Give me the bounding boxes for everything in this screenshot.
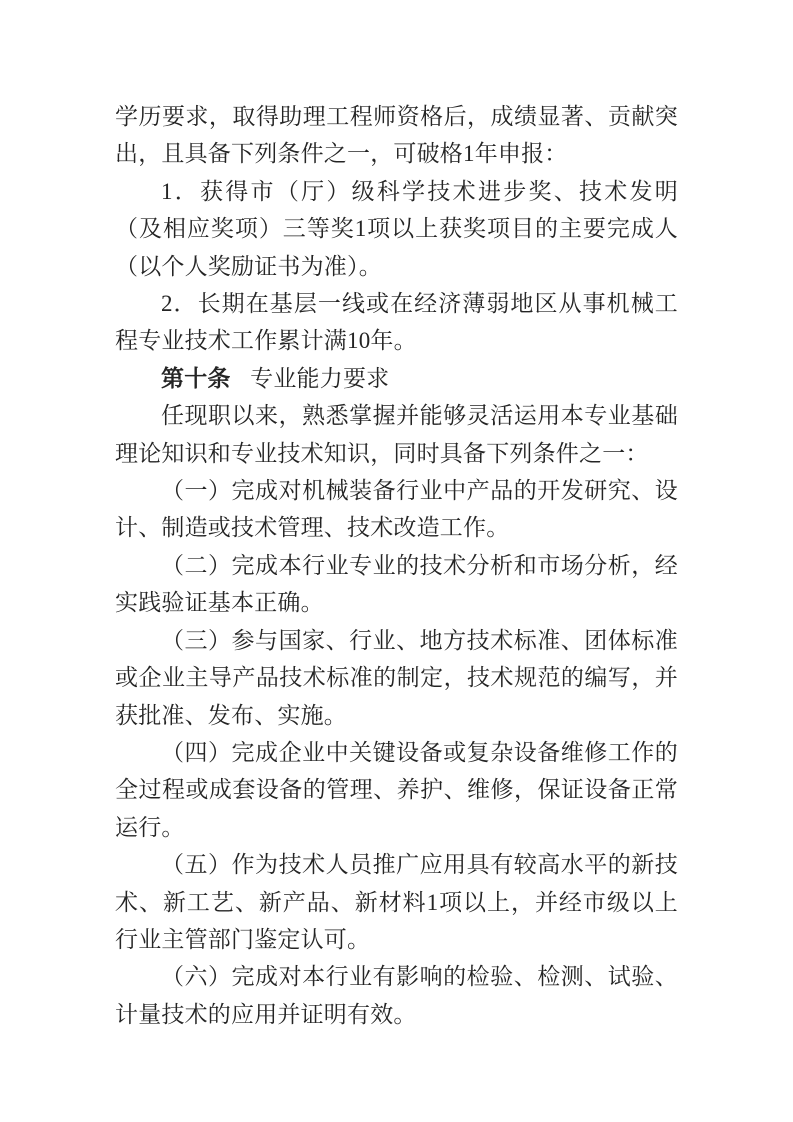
text-paragraph-condition-5: （五）作为技术人员推广应用具有较高水平的新技术、新工艺、新产品、新材料1项以上，…: [115, 846, 678, 958]
text-paragraph-item-1: 1．获得市（厅）级科学技术进步奖、技术发明（及相应奖项）三等奖1项以上获奖项目的…: [115, 173, 678, 285]
text-paragraph-condition-6: （六）完成对本行业有影响的检验、检测、试验、计量技术的应用并证明有效。: [115, 958, 678, 1033]
text-paragraph-condition-1: （一）完成对机械装备行业中产品的开发研究、设计、制造或技术管理、技术改造工作。: [115, 472, 678, 547]
text-paragraph-condition-2: （二）完成本行业专业的技术分析和市场分析，经实践验证基本正确。: [115, 547, 678, 622]
text-paragraph-condition-4: （四）完成企业中关键设备或复杂设备维修工作的全过程或成套设备的管理、养护、维修，…: [115, 734, 678, 846]
text-paragraph-item-2: 2．长期在基层一线或在经济薄弱地区从事机械工程专业技术工作累计满10年。: [115, 285, 678, 360]
document-text-block: 学历要求，取得助理工程师资格后，成绩显著、贡献突出，且具备下列条件之一，可破格1…: [115, 98, 678, 1033]
text-paragraph-intro: 任现职以来，熟悉掌握并能够灵活运用本专业基础理论知识和专业技术知识，同时具备下列…: [115, 397, 678, 472]
text-paragraph-continuation: 学历要求，取得助理工程师资格后，成绩显著、贡献突出，且具备下列条件之一，可破格1…: [115, 98, 678, 173]
article-title: 专业能力要求: [250, 366, 389, 391]
article-number: 第十条: [161, 366, 231, 391]
article-heading: 第十条专业能力要求: [115, 360, 678, 397]
text-paragraph-condition-3: （三）参与国家、行业、地方技术标准、团体标准或企业主导产品技术标准的制定，技术规…: [115, 622, 678, 734]
document-page: 学历要求，取得助理工程师资格后，成绩显著、贡献突出，且具备下列条件之一，可破格1…: [0, 0, 793, 1122]
